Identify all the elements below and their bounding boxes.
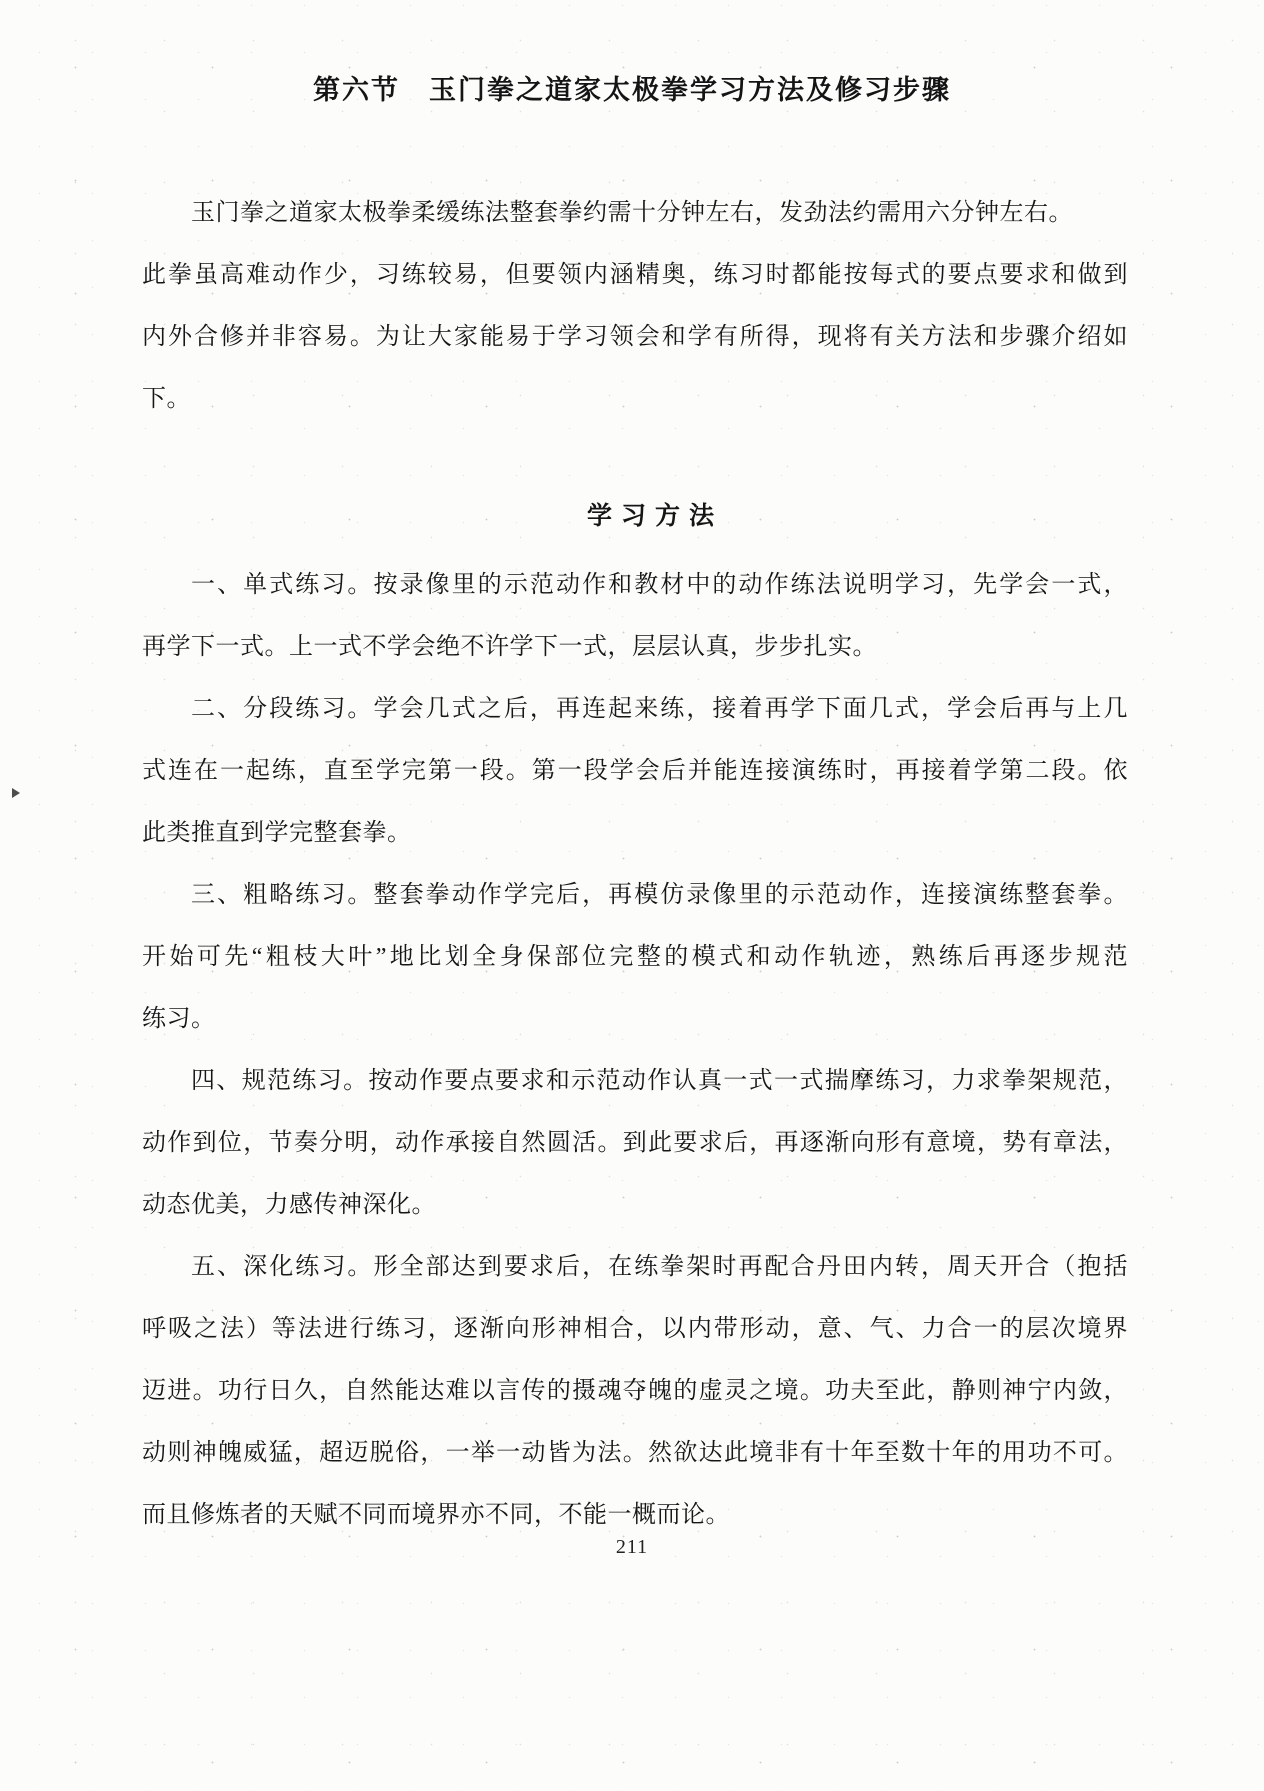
text-line: 此拳虽高难动作少，习练较易，但要领内涵精奥，练习时都能按每式的要点要求和做到 (142, 244, 1128, 306)
text-line: 下。 (142, 368, 1128, 430)
text-line: 四、规范练习。按动作要点要求和示范动作认真一式一式揣摩练习，力求拳架规范， (142, 1050, 1128, 1112)
text-line: 动作到位，节奏分明，动作承接自然圆活。到此要求后，再逐渐向形有意境，势有章法， (142, 1112, 1128, 1174)
margin-mark (12, 788, 20, 798)
text-line: 再学下一式。上一式不学会绝不许学下一式，层层认真，步步扎实。 (142, 616, 1128, 678)
text-line: 此类推直到学完整套拳。 (142, 802, 1128, 864)
text-line: 一、单式练习。按录像里的示范动作和教材中的动作练法说明学习，先学会一式， (142, 554, 1128, 616)
page-number: 211 (0, 1536, 1264, 1559)
text-line: 三、粗略练习。整套拳动作学完后，再模仿录像里的示范动作，连接演练整套拳。 (142, 864, 1128, 926)
text-line: 开始可先“粗枝大叶”地比划全身保部位完整的模式和动作轨迹，熟练后再逐步规范 (142, 926, 1128, 988)
text-line: 练习。 (142, 988, 1128, 1050)
text-line: 迈进。功行日久，自然能达难以言传的摄魂夺魄的虚灵之境。功夫至此，静则神宁内敛， (142, 1360, 1128, 1422)
text-line: 动则神魄威猛，超迈脱俗，一举一动皆为法。然欲达此境非有十年至数十年的用功不可。 (142, 1422, 1128, 1484)
text-line: 动态优美，力感传神深化。 (142, 1174, 1128, 1236)
text-line: 内外合修并非容易。为让大家能易于学习领会和学有所得，现将有关方法和步骤介绍如 (142, 306, 1128, 368)
text-line: 五、深化练习。形全部达到要求后，在练拳架时再配合丹田内转，周天开合（抱括 (142, 1236, 1128, 1298)
text-line: 式连在一起练，直至学完第一段。第一段学会后并能连接演练时，再接着学第二段。依 (142, 740, 1128, 802)
text-line: 玉门拳之道家太极拳柔缓练法整套拳约需十分钟左右，发劲法约需用六分钟左右。 (142, 182, 1128, 244)
text-line: 二、分段练习。学会几式之后，再连起来练，接着再学下面几式，学会后再与上几 (142, 678, 1128, 740)
body-text: 玉门拳之道家太极拳柔缓练法整套拳约需十分钟左右，发劲法约需用六分钟左右。 此拳虽… (142, 182, 1128, 1546)
section-heading: 学习方法 (142, 486, 1128, 548)
chapter-title: 第六节 玉门拳之道家太极拳学习方法及修习步骤 (0, 68, 1264, 107)
text-line: 呼吸之法）等法进行练习，逐渐向形神相合，以内带形动，意、气、力合一的层次境界 (142, 1298, 1128, 1360)
scanned-document-page: 第六节 玉门拳之道家太极拳学习方法及修习步骤 玉门拳之道家太极拳柔缓练法整套拳约… (0, 0, 1264, 1791)
